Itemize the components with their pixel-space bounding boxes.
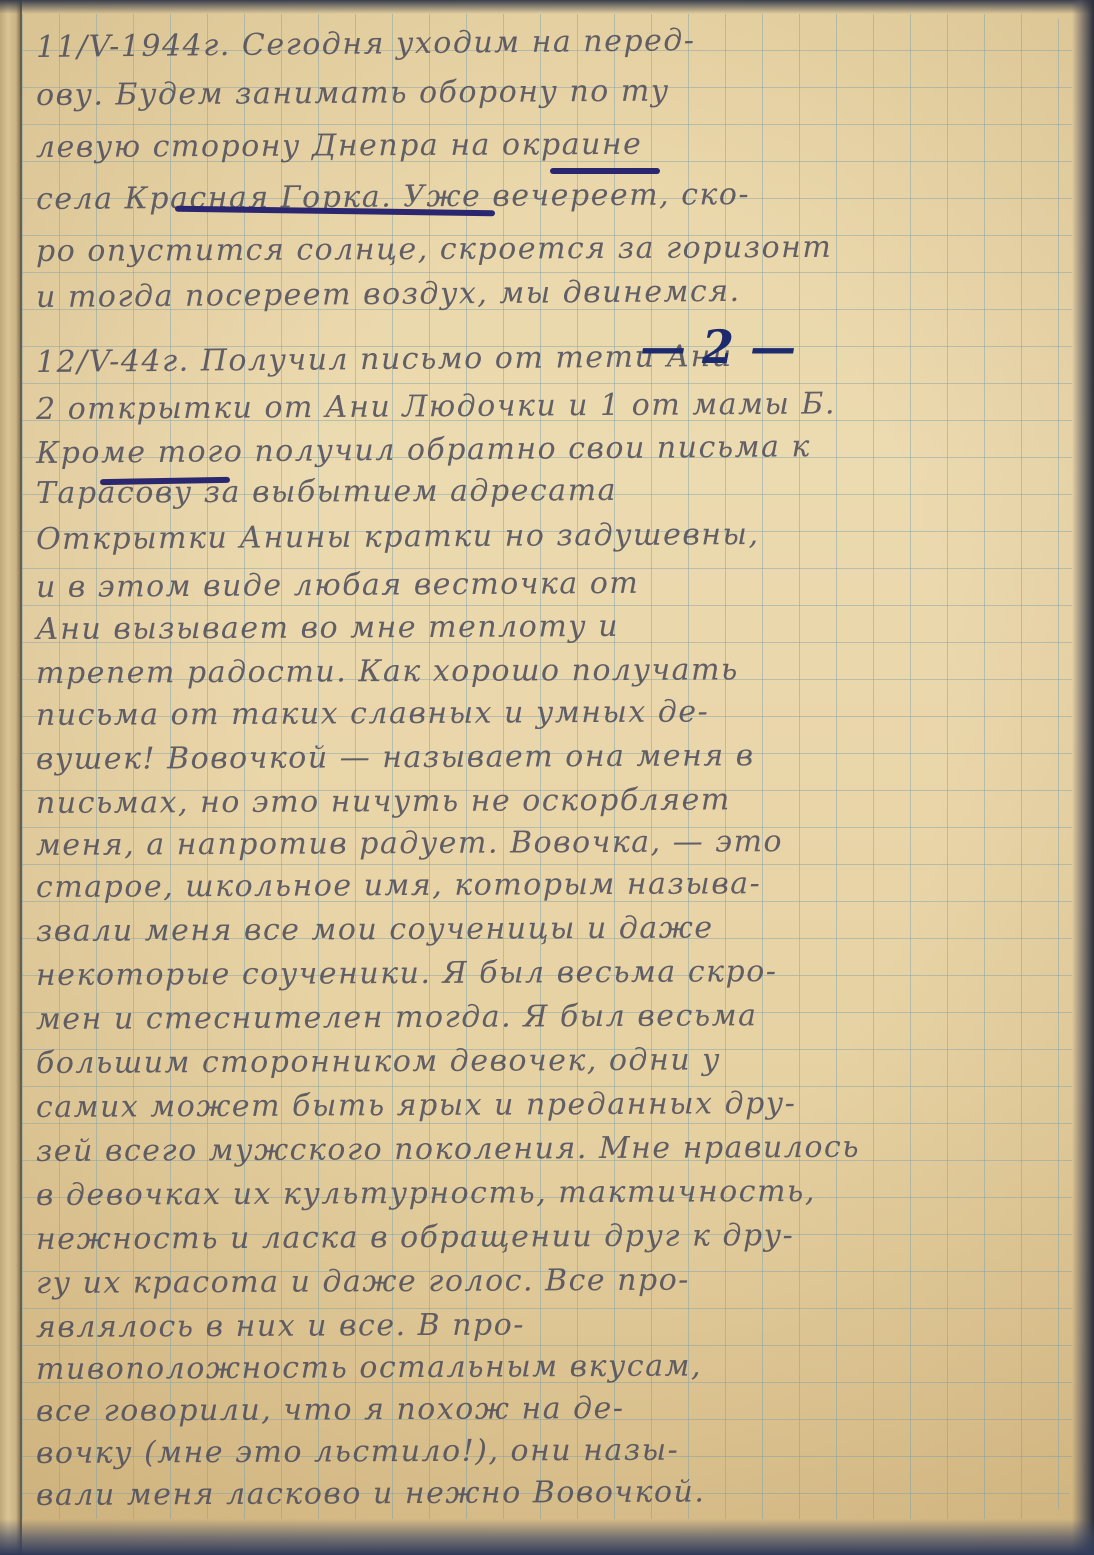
diary-line: Ани вызывает во мне теплоту и: [36, 609, 619, 647]
diary-line: некоторые соученики. Я был весьма скро-: [36, 954, 778, 993]
diary-line: левую сторону Днепра на окраине: [36, 127, 643, 165]
diary-line: все говорили, что я похож на де-: [36, 1391, 625, 1429]
diary-line: Кроме того получил обратно свои письма к: [36, 429, 811, 471]
diary-line: трепет радости. Как хорошо получать: [36, 652, 739, 691]
diary-line: ро опустится солнце, скроется за горизон…: [36, 230, 833, 269]
diary-line: 11/V-1944г. Сегодня уходим на перед-: [36, 23, 696, 65]
diary-line: 12/V-44г. Получил письмо от тети Ани: [36, 339, 733, 380]
scan-shadow-bottom: [0, 1519, 1094, 1555]
diary-line: вушек! Вовочкой — называет она меня в: [36, 738, 755, 777]
diary-line: в девочках их культурность, тактичность,: [36, 1174, 816, 1213]
diary-line: вали меня ласково и нежно Вовочкой.: [36, 1474, 706, 1513]
ink-underline-mark: [550, 168, 660, 174]
diary-line: и тогда посереет воздух, мы двинемся.: [36, 274, 741, 315]
diary-line: тивоположность остальным вкусам,: [36, 1349, 702, 1387]
diary-line: гу их красота и даже голос. Все про-: [36, 1263, 690, 1301]
diary-line: вочку (мне это льстило!), они назы-: [36, 1433, 679, 1471]
notebook-page: 11/V-1944г. Сегодня уходим на перед- ову…: [0, 0, 1094, 1555]
diary-line: нежность и ласка в обращении друг к дру-: [36, 1218, 794, 1257]
diary-line: самих может быть ярых и преданных дру-: [36, 1086, 797, 1125]
diary-line: старое, школьное имя, которым называ-: [36, 866, 761, 905]
notebook-binding: [0, 0, 22, 1555]
diary-line: и в этом виде любая весточка от: [36, 566, 640, 605]
diary-line: Открытки Анины кратки но задушевны,: [36, 517, 760, 557]
diary-line: письма от таких славных и умных де-: [36, 694, 709, 733]
diary-line: 2 открытки от Ани Людочки и 1 от мамы Б.: [36, 386, 836, 427]
diary-line: мен и стеснителен тогда. Я был весьма: [36, 998, 758, 1037]
scan-shadow-top: [0, 0, 1094, 14]
diary-line: большим сторонником девочек, одни у: [36, 1042, 721, 1081]
diary-line: меня, а напротив радует. Вовочка, — это: [36, 824, 783, 863]
scan-shadow-right: [1072, 0, 1094, 1555]
page-number: — 2 —: [640, 320, 796, 374]
diary-line: являлось в них и все. В про-: [36, 1307, 525, 1345]
diary-line: ову. Будем занимать оборону по ту: [36, 74, 670, 113]
diary-line: письмах, но это ничуть не оскорбляет: [36, 782, 731, 821]
diary-line: зей всего мужского поколения. Мне нравил…: [36, 1130, 860, 1169]
diary-line: звали меня все мои соученицы и даже: [36, 910, 714, 949]
